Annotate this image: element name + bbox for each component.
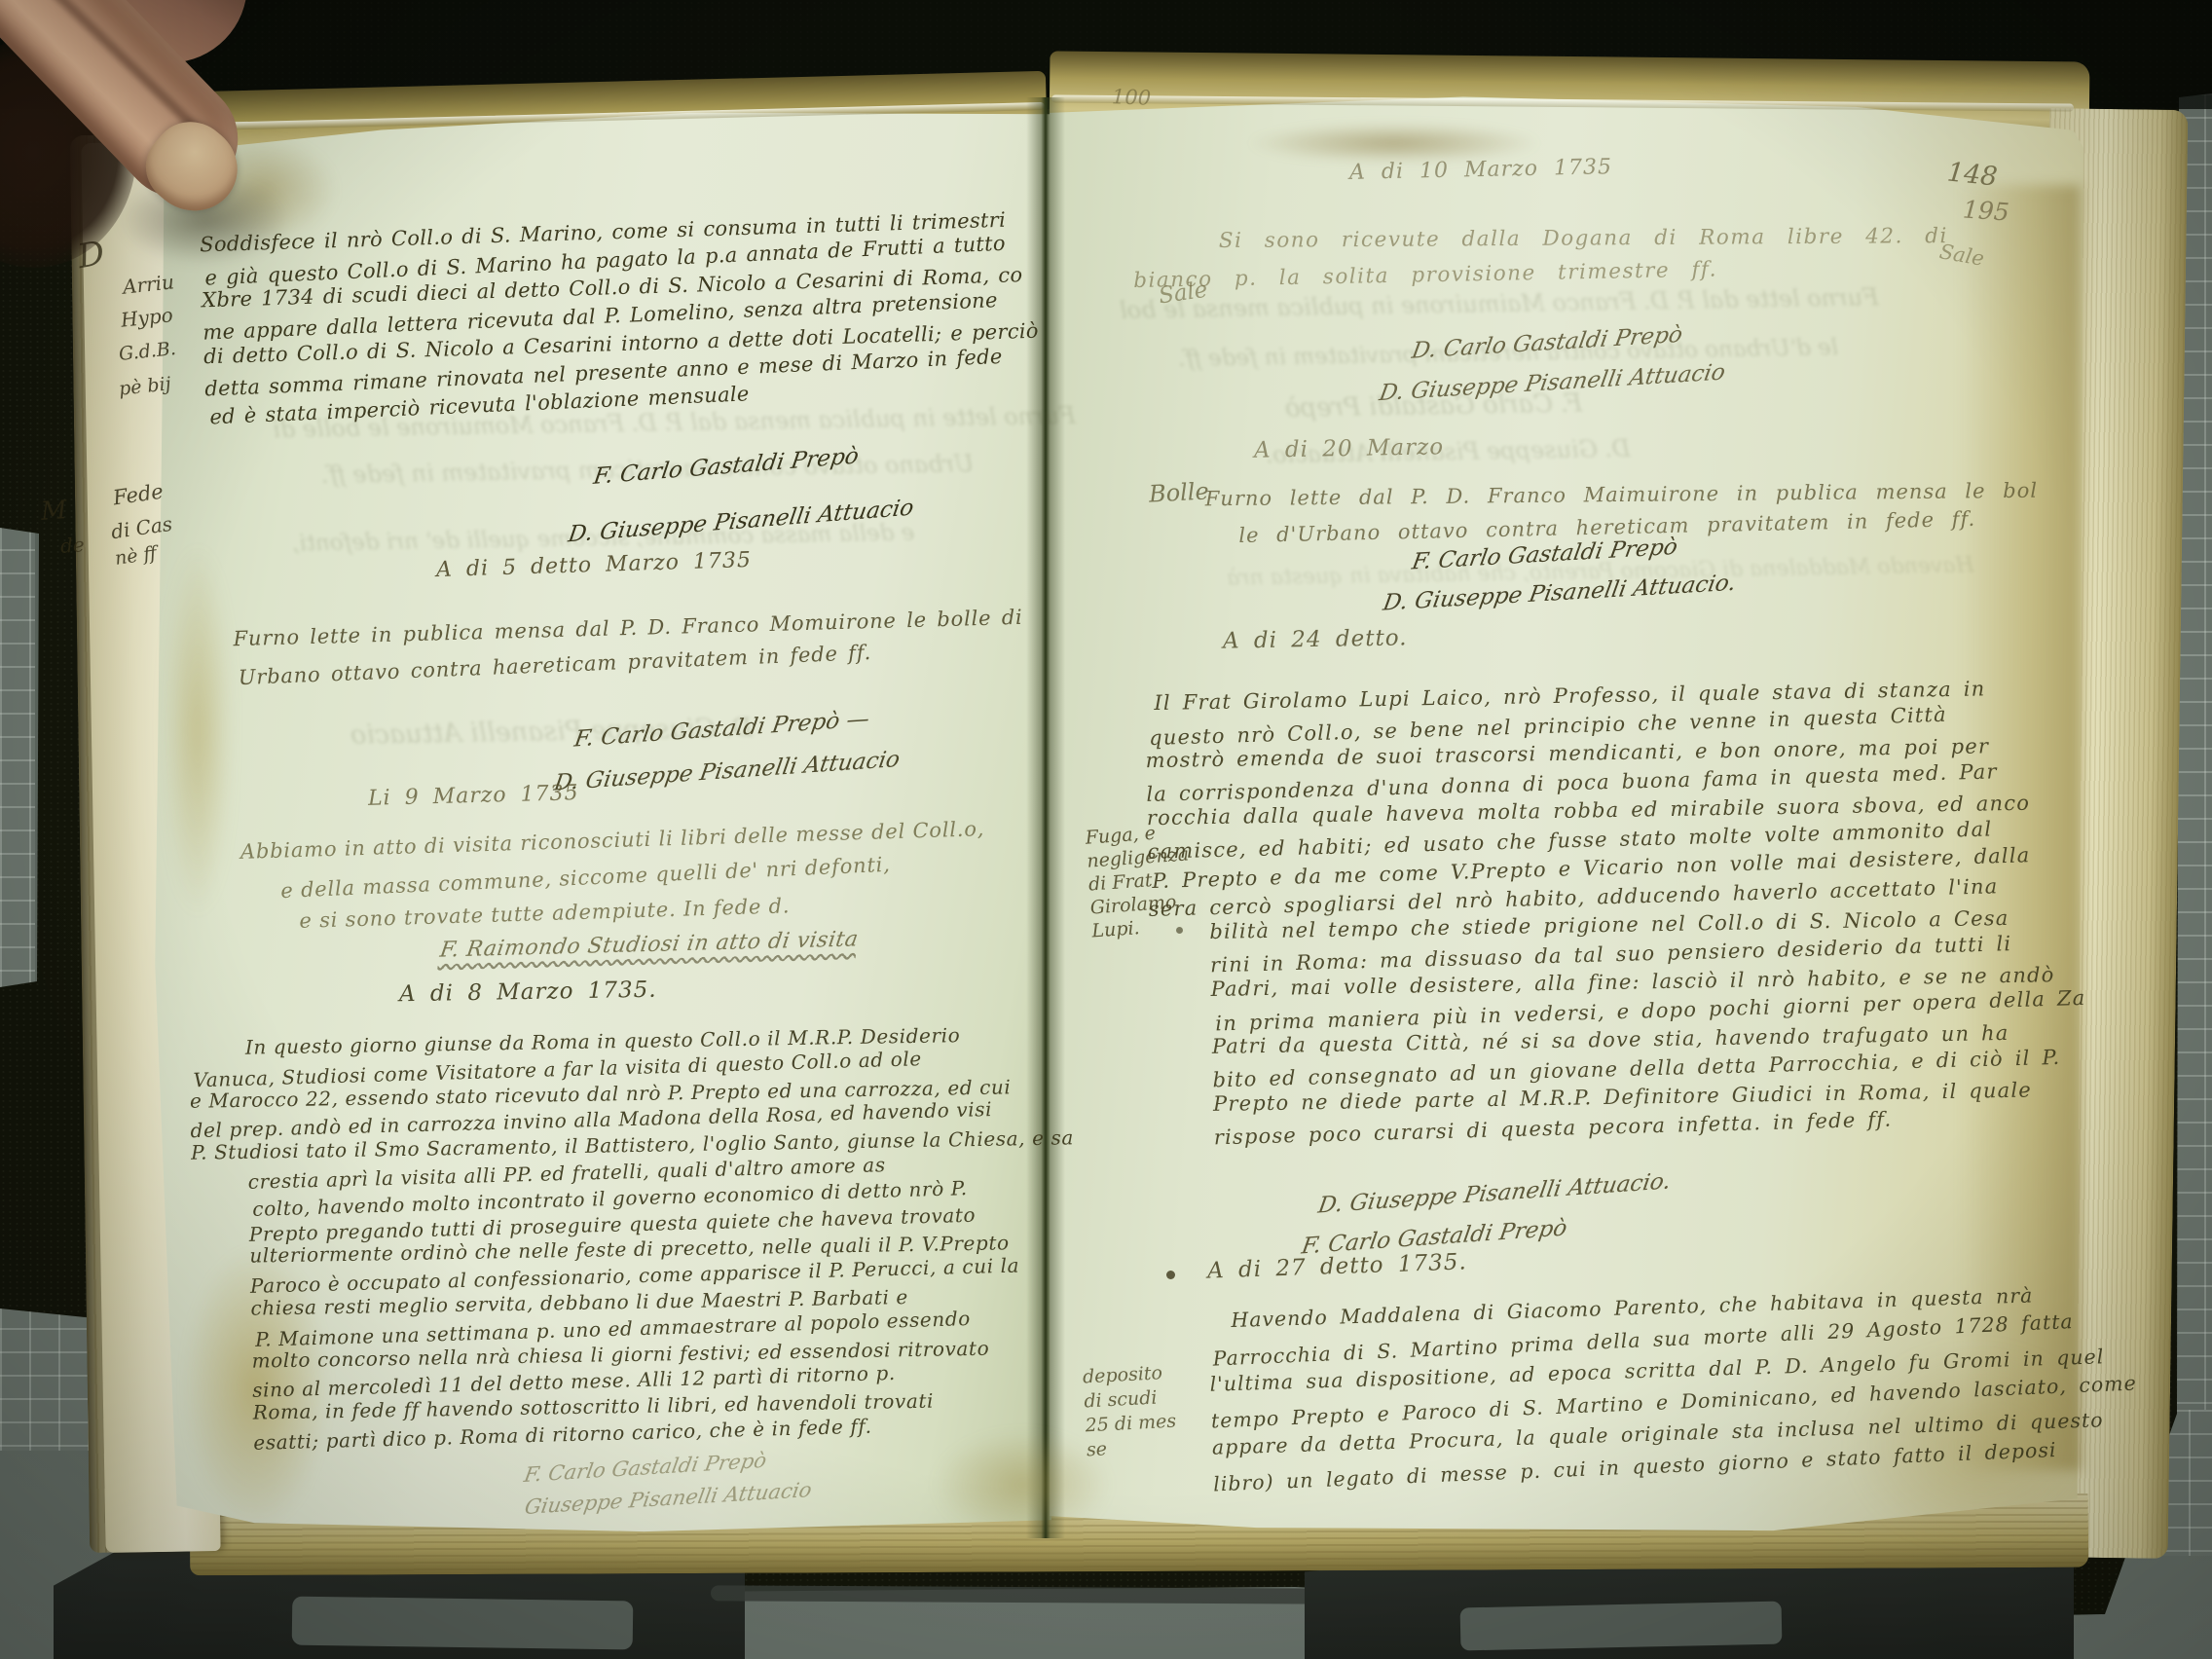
entry-date-heading: A di 8 Marzo 1735. <box>399 977 657 1008</box>
edge-note: M <box>40 496 68 527</box>
tile-wall-left-lower <box>0 1305 90 1451</box>
stand-bar <box>711 1585 1334 1604</box>
entry-date-heading: A di 24 detto. <box>1223 625 1408 653</box>
entry-paragraph: Havendo Maddalena di Giacomo Parento, ch… <box>1207 1274 2140 1497</box>
entry-date-heading: A di 20 Marzo <box>1254 434 1445 462</box>
entry-paragraph: In questo giorno giunse da Roma in quest… <box>189 1019 1081 1456</box>
edge-note: de <box>59 533 85 558</box>
stand-slot-right <box>1460 1602 1783 1651</box>
margin-note-block: depositodi scudi25 di messe <box>1082 1361 1178 1463</box>
ink-dot <box>1176 927 1183 934</box>
margin-note: Bolle <box>1148 477 1209 507</box>
ink-dot <box>1166 1271 1175 1279</box>
folio-number-alt: 195 <box>1962 195 2010 226</box>
stack-edge-number: 100 <box>1112 85 1152 109</box>
hand <box>0 0 321 292</box>
signature-block: D. Giuseppe Pisanelli Attuacio.F. Carlo … <box>1319 1169 1671 1258</box>
signature-block: D. Carlo Gastaldi PrepòD. Giuseppe Pisan… <box>1413 318 1723 406</box>
signature-block: F. Carlo Gastaldi PrepòD. Giuseppe Pisan… <box>1413 532 1734 616</box>
folio-number: 148 <box>1946 157 2000 192</box>
stand-slot-left <box>292 1597 634 1650</box>
entry-paragraph: Si sono ricevute dalla Dogana di Roma li… <box>1129 218 1949 295</box>
manuscript-photo: Furno lette in publica mensa dal P. D. F… <box>0 0 2212 1659</box>
handwritten-line: se <box>1086 1434 1178 1463</box>
entry-paragraph: Soddisfece il nrò Coll.o di S. Marino, c… <box>200 203 1041 428</box>
entry-paragraph: Il Frat Girolamo Lupi Laico, nrò Profess… <box>1140 672 2084 1151</box>
signature-block: F. Carlo Gastaldi PrepòGiuseppe Pisanell… <box>525 1448 810 1517</box>
signature-block: F. Carlo Gastaldi Prepò —D. Giuseppe Pis… <box>575 703 899 797</box>
signature-block: F. Carlo Gastaldi PrepòD. Giuseppe Pisan… <box>594 430 913 554</box>
